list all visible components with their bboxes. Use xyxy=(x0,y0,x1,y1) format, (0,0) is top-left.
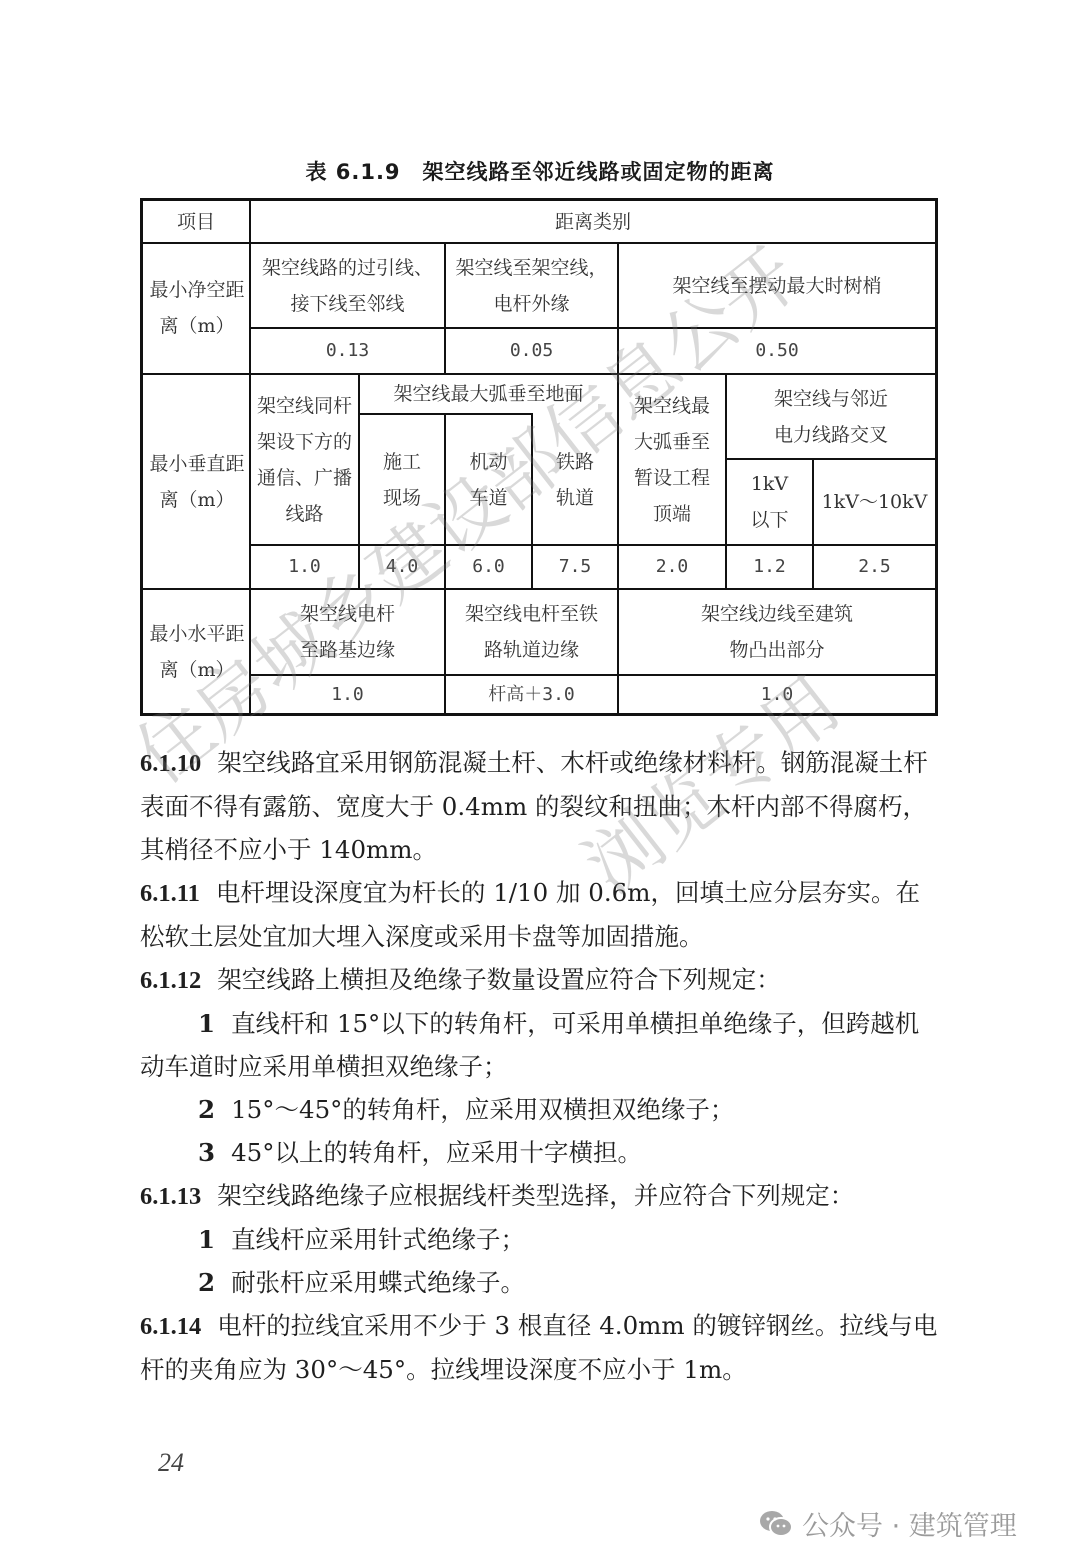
clause-6-1-12-item-1: 1直线杆和 15°以下的转角杆，可采用单横担单绝缘子，但跨越机动车道时应采用单横… xyxy=(140,1002,940,1088)
clause-6-1-13-item-1: 1直线杆应采用针式绝缘子； xyxy=(140,1218,940,1261)
table-number: 表 6.1.9 xyxy=(305,160,400,184)
vertical-value-temp: 2.0 xyxy=(619,546,725,588)
horizontal-value-2: 杆高＋3.0 xyxy=(446,676,617,713)
vertical-sub-below-1kv: 1kV以下 xyxy=(727,460,812,544)
header-category: 距离类别 xyxy=(251,201,935,242)
clause-6-1-14: 6.1.14电杆的拉线宜采用不少于 3 根直径 4.0mm 的镀锌钢丝。拉线与电… xyxy=(140,1304,940,1391)
horizontal-col-2: 架空线电杆至铁路轨道边缘 xyxy=(446,590,617,674)
vertical-group-ground: 架空线最大弧垂至地面 xyxy=(360,375,617,413)
header-item: 项目 xyxy=(143,201,249,242)
vertical-sub-rail: 铁路轨道 xyxy=(533,415,617,544)
clearance-col-1: 架空线路的过引线、接下线至邻线 xyxy=(251,244,444,327)
table-title: 架空线路至邻近线路或固定物的距离 xyxy=(423,160,775,184)
body-text: 6.1.10架空线路宜采用钢筋混凝土杆、木杆或绝缘材料杆。钢筋混凝土杆表面不得有… xyxy=(140,741,940,1391)
clause-6-1-11: 6.1.11电杆埋设深度宜为杆长的 1/10 加 0.6m，回填土应分层夯实。在… xyxy=(140,871,940,958)
horizontal-value-1: 1.0 xyxy=(251,676,444,713)
row-label-horizontal: 最小水平距离（m） xyxy=(147,590,247,713)
clearance-value-1: 0.13 xyxy=(251,329,444,373)
clause-6-1-10: 6.1.10架空线路宜采用钢筋混凝土杆、木杆或绝缘材料杆。钢筋混凝土杆表面不得有… xyxy=(140,741,940,871)
page-number: 24 xyxy=(158,1448,184,1478)
clearance-value-2: 0.05 xyxy=(446,329,617,373)
clause-6-1-13: 6.1.13架空线路绝缘子应根据线杆类型选择，并应符合下列规定： xyxy=(140,1174,940,1218)
clause-6-1-12-item-2: 215°～45°的转角杆，应采用双横担双绝缘子； xyxy=(140,1088,940,1131)
vertical-value-site: 4.0 xyxy=(360,546,444,588)
vertical-col-same-pole: 架空线同杆架设下方的通信、广播线路 xyxy=(251,375,358,544)
clause-6-1-13-item-2: 2耐张杆应采用蝶式绝缘子。 xyxy=(140,1261,940,1304)
clearance-col-2: 架空线至架空线，电杆外缘 xyxy=(446,244,617,327)
vertical-col-temp: 架空线最大弧垂至暂设工程顶端 xyxy=(619,375,725,544)
clearance-value-3: 0.50 xyxy=(619,329,935,373)
vertical-group-cross: 架空线与邻近电力线路交叉 xyxy=(727,375,935,458)
footer-text: 公众号 · 建筑管理 xyxy=(802,1504,1017,1543)
vertical-sub-road: 机动车道 xyxy=(446,415,531,544)
vertical-value-1-10kv: 2.5 xyxy=(814,546,935,588)
footer-account: 公众号 · 建筑管理 xyxy=(758,1504,1017,1543)
horizontal-col-3: 架空线边线至建筑物凸出部分 xyxy=(619,590,935,674)
horizontal-value-3: 1.0 xyxy=(619,676,935,713)
table-caption: 表 6.1.9架空线路至邻近线路或固定物的距离 xyxy=(0,156,1080,186)
clearance-col-3: 架空线至摆动最大时树梢 xyxy=(619,244,935,327)
vertical-value-same-pole: 1.0 xyxy=(251,546,358,588)
clause-6-1-12: 6.1.12架空线路上横担及绝缘子数量设置应符合下列规定： xyxy=(140,958,940,1002)
vertical-sub-site: 施工现场 xyxy=(360,415,444,544)
clause-6-1-12-item-3: 345°以上的转角杆，应采用十字横担。 xyxy=(140,1131,940,1174)
vertical-sub-1-10kv: 1kV～10kV xyxy=(814,460,935,544)
vertical-value-road: 6.0 xyxy=(446,546,531,588)
wechat-icon xyxy=(758,1509,794,1539)
row-label-vertical: 最小垂直距离（m） xyxy=(147,375,247,588)
vertical-value-below-1kv: 1.2 xyxy=(727,546,812,588)
row-label-clearance: 最小净空距离（m） xyxy=(147,242,247,373)
distance-table: 项目 距离类别 最小净空距离（m） 架空线路的过引线、接下线至邻线 架空线至架空… xyxy=(140,198,938,716)
horizontal-col-1: 架空线电杆至路基边缘 xyxy=(251,590,444,674)
vertical-value-rail: 7.5 xyxy=(533,546,617,588)
